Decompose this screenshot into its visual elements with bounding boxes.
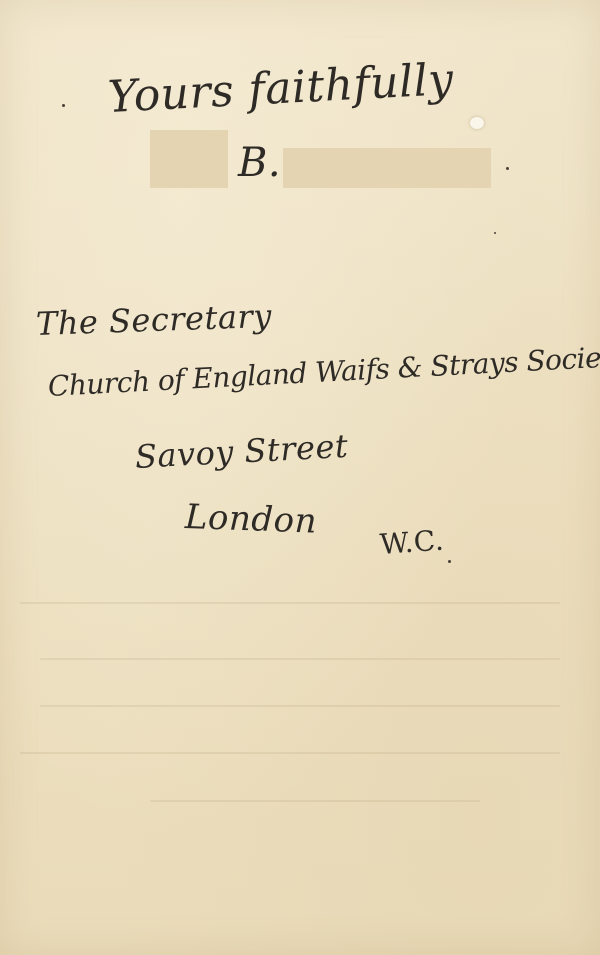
ink-speck — [448, 560, 451, 563]
ink-speck — [62, 104, 65, 107]
bleed-through-line — [20, 602, 560, 604]
bleed-through-line — [150, 800, 480, 802]
address-street: Savoy Street — [134, 427, 349, 476]
bleed-through-line — [40, 658, 560, 660]
redacted-first-name — [150, 130, 228, 188]
bleed-through-line — [20, 752, 560, 754]
ink-speck — [506, 167, 509, 170]
address-recipient: The Secretary — [35, 297, 272, 343]
letter-page: Yours faithfully B. The Secretary Church… — [0, 0, 600, 955]
signature-initial: B. — [238, 140, 281, 186]
bleed-through-line — [40, 705, 560, 707]
closing-salutation: Yours faithfully — [107, 54, 455, 123]
paper-blemish — [470, 117, 484, 129]
address-organisation: Church of England Waifs & Strays Society — [47, 340, 600, 403]
ink-speck — [494, 232, 496, 234]
address-postal-district: W.C. — [379, 524, 445, 561]
redacted-surname — [283, 148, 491, 188]
address-city: London — [184, 497, 317, 542]
